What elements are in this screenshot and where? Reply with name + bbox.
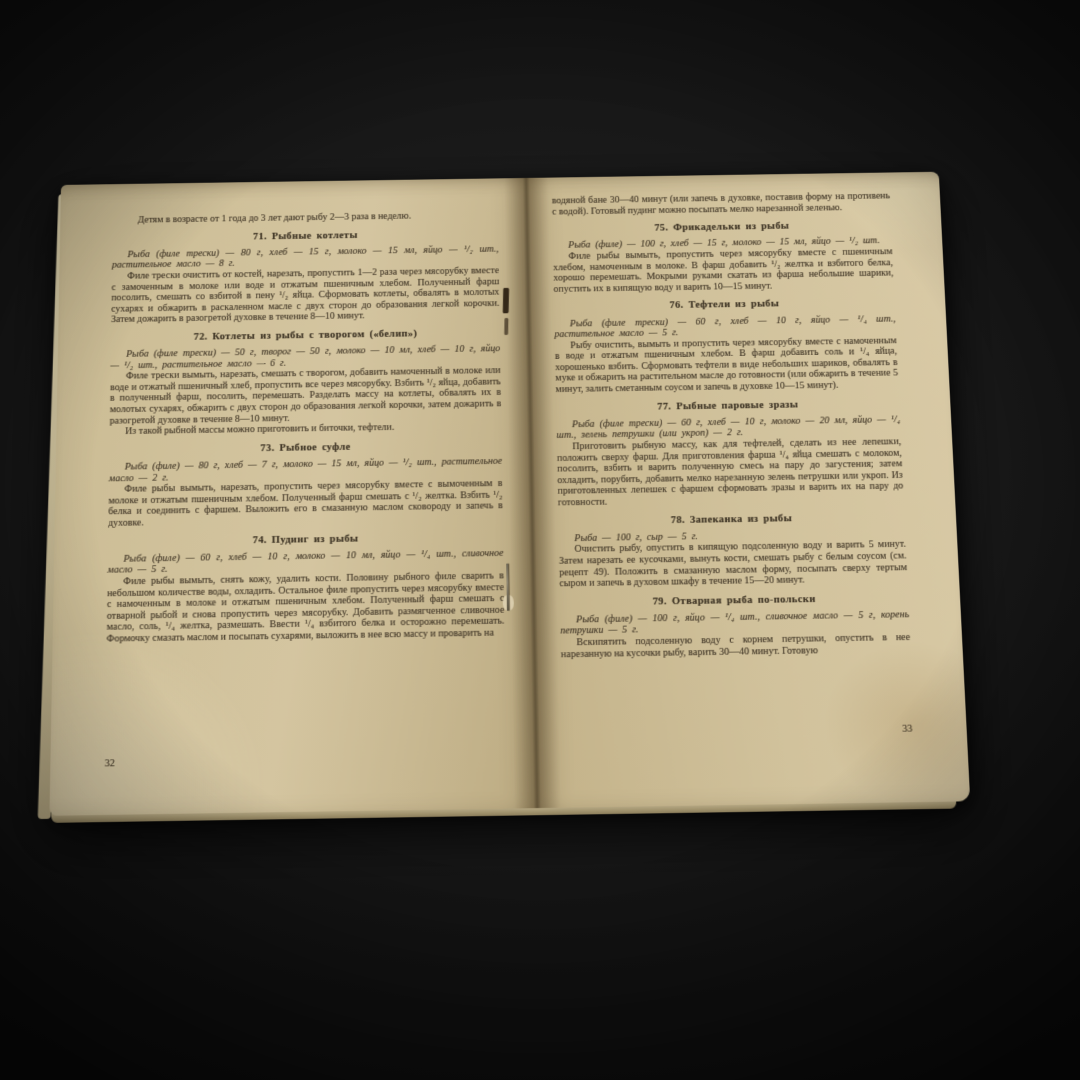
page-right-content: водяной бане 30—40 минут (или запечь в д…	[526, 172, 970, 808]
recipe-75-instructions: Филе рыбы вымыть, пропустить через мясор…	[553, 247, 894, 295]
recipe-74-title: 74. Пудинг из рыбы	[108, 531, 503, 549]
page-number-32: 32	[105, 759, 115, 771]
page-right: водяной бане 30—40 минут (или запечь в д…	[526, 172, 970, 808]
recipe-72-instructions: Филе трески вымыть, нарезать, смешать с …	[110, 366, 502, 427]
recipe-76-title: 76. Тефтели из рыбы	[554, 297, 895, 314]
recipe-73-title: 73. Рыбное суфле	[109, 440, 502, 458]
page-left: Детям в возрасте от 1 года до 3 лет дают…	[49, 178, 537, 816]
recipe-72-title: 72. Котлеты из рыбы с творогом («белип»)	[111, 327, 500, 344]
recipe-75-title: 75. Фрикадельки из рыбы	[552, 220, 891, 236]
recipe-73-instructions: Филе рыбы вымыть, нарезать, пропустить ч…	[108, 478, 503, 529]
page-number-33: 33	[902, 724, 913, 736]
recipe-79-title: 79. Отварная рыба по-польски	[560, 592, 909, 609]
recipe-79-instructions: Вскипятить подсоленную воду с корнем пет…	[561, 632, 911, 660]
recipe-78-title: 78. Запеканка из рыбы	[558, 511, 905, 528]
recipe-74-continuation: водяной бане 30—40 минут (или запечь в д…	[552, 191, 891, 218]
photo-scene: Детям в возрасте от 1 года до 3 лет дают…	[0, 0, 1080, 1080]
ink-mark-icon	[503, 288, 509, 313]
recipe-74-instructions: Филе рыбы вымыть, снять кожу, удалить ко…	[106, 570, 504, 645]
recipe-78-instructions: Очистить рыбу, опустить в кипящую подсол…	[559, 539, 908, 590]
recipe-77-instructions: Приготовить рыбную массу, как для тефтел…	[557, 436, 904, 508]
recipe-77-title: 77. Рыбные паровые зразы	[556, 398, 900, 415]
ink-mark-icon	[505, 318, 509, 335]
recipe-76-instructions: Рыбу очистить, вымыть и пропустить через…	[555, 335, 899, 395]
intro-paragraph: Детям в возрасте от 1 года до 3 лет дают…	[112, 210, 498, 227]
page-left-content: Детям в возрасте от 1 года до 3 лет дают…	[49, 178, 537, 816]
recipe-71-instructions: Филе трески очистить от костей, нарезать…	[111, 266, 500, 326]
open-book: Детям в возрасте от 1 года до 3 лет дают…	[49, 172, 970, 816]
recipe-71-title: 71. Рыбные котлеты	[112, 228, 498, 245]
